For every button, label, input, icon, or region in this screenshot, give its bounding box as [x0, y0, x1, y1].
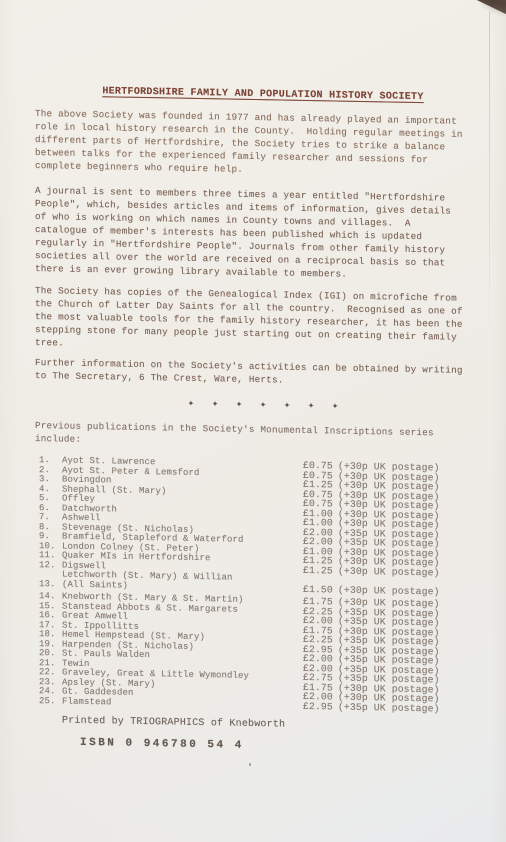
- page-title: HERTFORDSHIRE FAMILY AND POPULATION HIST…: [35, 84, 473, 105]
- item-price-cell: £2.95(+35p UK postage): [303, 701, 473, 714]
- paper-speck: [249, 763, 251, 766]
- publications-heading: Previous publications in the Society's M…: [35, 419, 473, 453]
- item-price: £1.25: [303, 564, 333, 576]
- scanned-page: HERTFORDSHIRE FAMILY AND POPULATION HIST…: [0, 0, 506, 842]
- item-postage: (+30p UK postage): [338, 584, 440, 597]
- item-number: 25.: [39, 697, 62, 707]
- item-postage: (+30p UK postage): [338, 565, 440, 578]
- item-number: 13.: [39, 580, 62, 590]
- separator-stars: ✦ ✦ ✦ ✦ ✦ ✦ ✦: [35, 395, 473, 415]
- paragraph-journal: A journal is sent to members three times…: [35, 184, 473, 283]
- paper-crease: [489, 12, 490, 322]
- item-price: £2.95: [303, 700, 333, 712]
- isbn: ISBN 0 946780 54 4: [80, 737, 473, 756]
- item-number: 12.: [39, 561, 62, 571]
- item-price-cell: £1.50(+30p UK postage): [303, 584, 473, 597]
- item-postage: (+35p UK postage): [338, 701, 440, 714]
- item-name: Letchworth (St. Mary) & Willian(All Sain…: [62, 570, 303, 593]
- item-price: £1.50: [303, 583, 333, 595]
- paragraph-contact: Further information on the Society's act…: [35, 356, 473, 390]
- page-content: HERTFORDSHIRE FAMILY AND POPULATION HIST…: [35, 84, 473, 756]
- paragraph-igi: The Society has copies of the Genealogic…: [35, 284, 473, 357]
- paragraph-founding: The above Society was founded in 1977 an…: [35, 107, 473, 180]
- publications-list: 1.Ayot St. Lawrence£0.75(+30p UK postage…: [39, 456, 473, 714]
- printed-by: Printed by TRIOGRAPHICS of Knebworth: [62, 715, 473, 734]
